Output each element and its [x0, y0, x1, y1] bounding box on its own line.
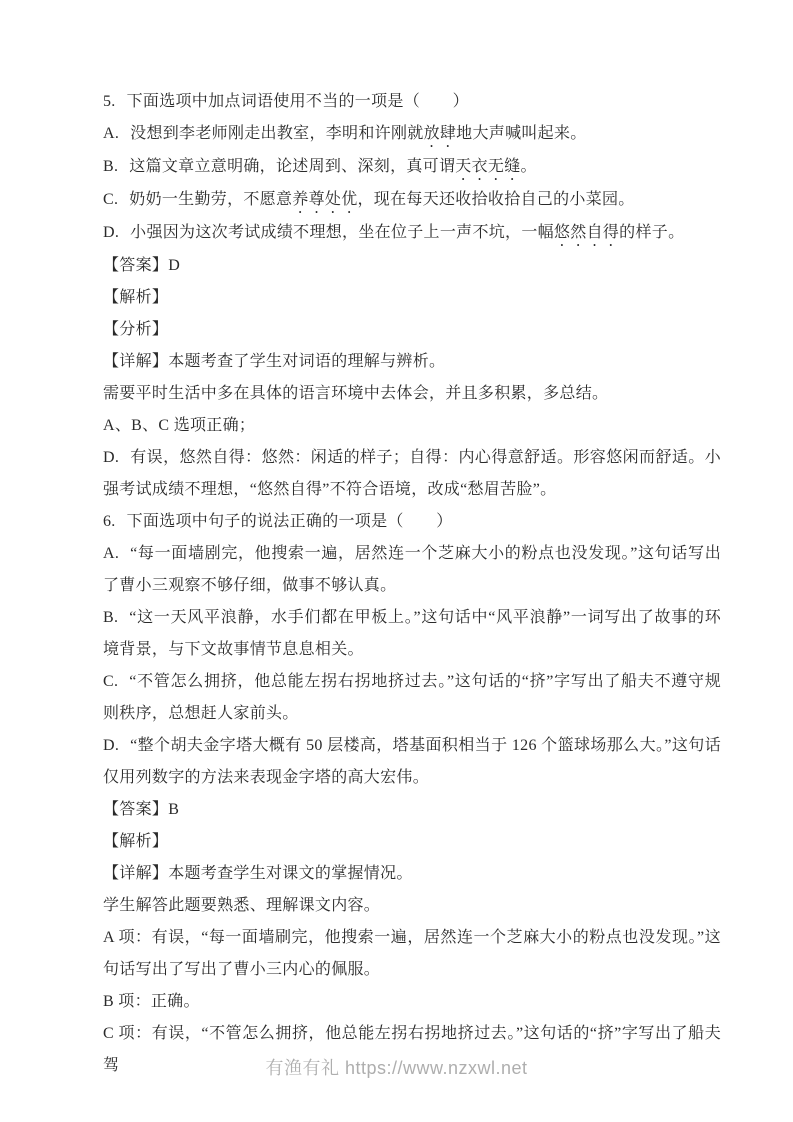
item-label: D.: [103, 737, 119, 754]
text-segment: B 项：正确。: [103, 993, 200, 1010]
q6-option-a: A.“每一面墙剧完，他搜索一遍，居然连一个芝麻大小的粉点也没发现。”这句话写出了…: [103, 538, 721, 602]
q6-option-d: D.“整个胡夫金字塔大概有 50 层楼高，塔基面积相当于 126 个篮球场那么大…: [103, 730, 721, 794]
item-label: D.: [103, 224, 119, 241]
watermark-text: 有渔有礼 https://www.nzxwl.net: [265, 1058, 527, 1078]
text-segment: 【分析】: [103, 321, 168, 338]
q6-exp-3: B 项：正确。: [103, 986, 721, 1018]
q5-exp-3: D.有误，悠然自得：悠然：闲适的样子；自得：内心得意舒适。形容悠闲而舒适。小强考…: [103, 442, 721, 506]
q6-option-c: C.“不管怎么拥挤，他总能左拐右拐地挤过去。”这句话的“挤”字写出了船夫不遵守规…: [103, 666, 721, 730]
document-body: 5.下面选项中加点词语使用不当的一项是（ ）A.没想到李老师刚走出教室，李明和许…: [103, 86, 721, 1082]
item-label: A.: [103, 125, 119, 142]
text-segment: 【答案】D: [103, 257, 180, 274]
q5-answer: 【答案】D: [103, 250, 721, 282]
document-page: 5.下面选项中加点词语使用不当的一项是（ ）A.没想到李老师刚走出教室，李明和许…: [0, 0, 793, 1122]
q5-exp-1: 需要平时生活中多在具体的语言环境中去体会，并且多积累，多总结。: [103, 378, 721, 410]
text-segment: 小强因为这次考试成绩不理想，坐在位子上一声不坑，一幅: [130, 224, 554, 241]
item-label: C.: [103, 673, 118, 690]
q6-answer: 【答案】B: [103, 794, 721, 826]
q5-xiangjie: 【详解】本题考查了学生对词语的理解与辨析。: [103, 346, 721, 378]
text-segment: 下面选项中加点词语使用不当的一项是（ ）: [127, 93, 469, 110]
text-segment: 的样子。: [619, 224, 684, 241]
item-label: A.: [103, 545, 119, 562]
text-segment: 这篇文章立意明确，论述周到、深刻，真可谓: [129, 158, 455, 175]
text-segment: ，现在每天还收拾收拾自己的小菜园。: [358, 191, 635, 208]
q5-fenxi: 【分析】: [103, 314, 721, 346]
q5-option-b: B.这篇文章立意明确，论述周到、深刻，真可谓天衣无缝。: [103, 151, 721, 184]
q6-exp-2: A 项：有误，“每一面墙刷完，他搜索一遍，居然连一个芝麻大小的粉点也没发现。”这…: [103, 922, 721, 986]
emphasized-word: 放肆: [424, 125, 457, 142]
text-segment: 【详解】本题考查了学生对词语的理解与辨析。: [103, 353, 445, 370]
q5-option-c: C.奶奶一生勤劳，不愿意养尊处优，现在每天还收拾收拾自己的小菜园。: [103, 184, 721, 217]
text-segment: “不管怎么拥挤，他总能左拐右拐地挤过去。”这句话的“挤”字写出了船夫不遵守规则秩…: [103, 673, 721, 722]
text-segment: 需要平时生活中多在具体的语言环境中去体会，并且多积累，多总结。: [103, 385, 608, 402]
text-segment: 。: [521, 158, 537, 175]
text-segment: 有误，悠然自得：悠然：闲适的样子；自得：内心得意舒适。形容悠闲而舒适。小强考试成…: [103, 449, 721, 498]
q6-xiangjie: 【详解】本题考查学生对课文的掌握情况。: [103, 858, 721, 890]
page-footer: 有渔有礼 https://www.nzxwl.net: [0, 1054, 793, 1080]
emphasized-word: 天衣无缝: [455, 158, 520, 175]
text-segment: 【详解】本题考查学生对课文的掌握情况。: [103, 865, 413, 882]
q6-exp-1: 学生解答此题要熟悉、理解课文内容。: [103, 890, 721, 922]
text-segment: “这一天风平浪静，水手们都在甲板上。”这句话中“风平浪静”一词写出了故事的环境背…: [103, 609, 721, 658]
emphasized-word: 悠然自得: [554, 224, 619, 241]
item-label: C.: [103, 191, 118, 208]
text-segment: 学生解答此题要熟悉、理解课文内容。: [103, 897, 380, 914]
item-label: B.: [103, 158, 118, 175]
text-segment: “每一面墙剧完，他搜索一遍，居然连一个芝麻大小的粉点也没发现。”这句话写出了曹小…: [103, 545, 721, 594]
item-label: B.: [103, 609, 118, 626]
emphasized-word: 养尊处优: [292, 191, 357, 208]
q5-option-a: A.没想到李老师刚走出教室，李明和许刚就放肆地大声喊叫起来。: [103, 118, 721, 151]
q6-option-b: B.“这一天风平浪静，水手们都在甲板上。”这句话中“风平浪静”一词写出了故事的环…: [103, 602, 721, 666]
item-label: D.: [103, 449, 119, 466]
item-label: 5.: [103, 93, 116, 110]
q6-jiexi: 【解析】: [103, 826, 721, 858]
text-segment: A 项：有误，“每一面墙刷完，他搜索一遍，居然连一个芝麻大小的粉点也没发现。”这…: [103, 929, 721, 978]
text-segment: 【解析】: [103, 833, 168, 850]
q5-stem: 5.下面选项中加点词语使用不当的一项是（ ）: [103, 86, 721, 118]
item-label: 6.: [103, 513, 116, 530]
text-segment: 没想到李老师刚走出教室，李明和许刚就: [130, 125, 423, 142]
q5-jiexi: 【解析】: [103, 282, 721, 314]
text-segment: 【解析】: [103, 289, 168, 306]
text-segment: 地大声喊叫起来。: [456, 125, 586, 142]
q5-option-d: D.小强因为这次考试成绩不理想，坐在位子上一声不坑，一幅悠然自得的样子。: [103, 217, 721, 250]
text-segment: 【答案】B: [103, 801, 179, 818]
q5-exp-2: A、B、C 选项正确；: [103, 410, 721, 442]
q6-stem: 6.下面选项中句子的说法正确的一项是（ ）: [103, 506, 721, 538]
text-segment: A、B、C 选项正确；: [103, 417, 255, 434]
text-segment: “整个胡夫金字塔大概有 50 层楼高，塔基面积相当于 126 个篮球场那么大。”…: [103, 737, 721, 786]
text-segment: 下面选项中句子的说法正确的一项是（ ）: [127, 513, 453, 530]
text-segment: 奶奶一生勤劳，不愿意: [129, 191, 292, 208]
